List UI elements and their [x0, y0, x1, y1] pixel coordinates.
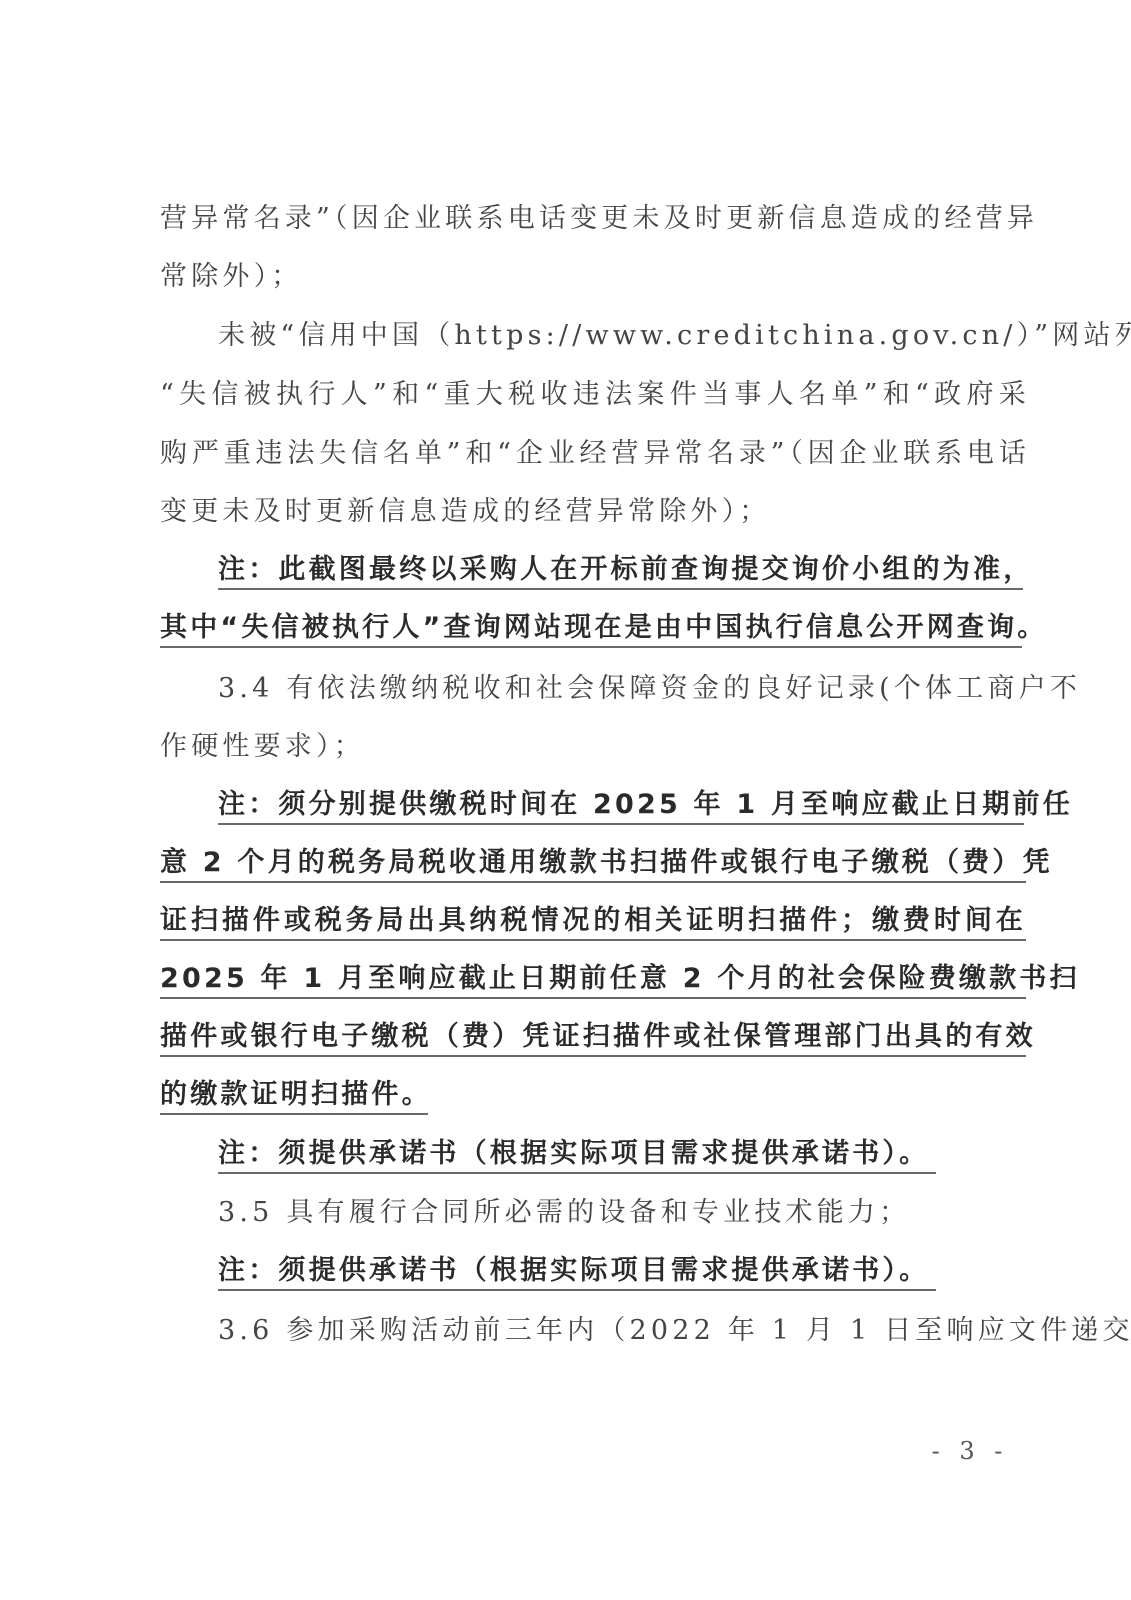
note-line: 注：须提供承诺书（根据实际项目需求提供承诺书）。 [218, 1136, 936, 1174]
paragraph-line: 3.4 有依法缴纳税收和社会保障资金的良好记录(个体工商户不 [218, 671, 1030, 707]
note-line: 的缴款证明扫描件。 [160, 1077, 428, 1115]
note-line: 描件或银行电子缴税（费）凭证扫描件或社保管理部门出具的有效 [160, 1019, 1026, 1057]
paragraph-line: 未被“信用中国（https://www.creditchina.gov.cn/）… [218, 318, 1030, 354]
paragraph-line: “失信被执行人”和“重大税收违法案件当事人名单”和“政府采 [160, 377, 1030, 413]
note-line: 注：此截图最终以采购人在开标前查询提交询价小组的为准， [218, 552, 1023, 590]
note-line: 意 2 个月的税务局税收通用缴款书扫描件或银行电子缴税（费）凭 [160, 845, 1026, 883]
note-line: 注：须提供承诺书（根据实际项目需求提供承诺书）。 [218, 1253, 936, 1291]
page-number: - 3 - [925, 1437, 1015, 1465]
paragraph-line: 3.6 参加采购活动前三年内（2022 年 1 月 1 日至响应文件递交 [218, 1313, 1030, 1349]
note-line: 注：须分别提供缴税时间在 2025 年 1 月至响应截止日期前任 [218, 787, 1024, 825]
paragraph-line: 变更未及时更新信息造成的经营异常除外）； [160, 494, 1030, 530]
paragraph-line: 常除外）； [160, 259, 1030, 295]
paragraph-line: 营异常名录”（因企业联系电话变更未及时更新信息造成的经营异 [160, 201, 1030, 237]
paragraph-line: 3.5 具有履行合同所必需的设备和专业技术能力； [218, 1195, 1030, 1231]
note-line: 证扫描件或税务局出具纳税情况的相关证明扫描件；缴费时间在 [160, 903, 1026, 941]
paragraph-line: 作硬性要求）； [160, 729, 1030, 765]
note-line: 2025 年 1 月至响应截止日期前任意 2 个月的社会保险费缴款书扫 [160, 961, 1026, 999]
document-page: 营异常名录”（因企业联系电话变更未及时更新信息造成的经营异 常除外）； 未被“信… [0, 0, 1131, 1600]
note-line: 其中“失信被执行人”查询网站现在是由中国执行信息公开网查询。 [160, 610, 1022, 648]
paragraph-line: 购严重违法失信名单”和“企业经营异常名录”（因企业联系电话 [160, 436, 1030, 472]
